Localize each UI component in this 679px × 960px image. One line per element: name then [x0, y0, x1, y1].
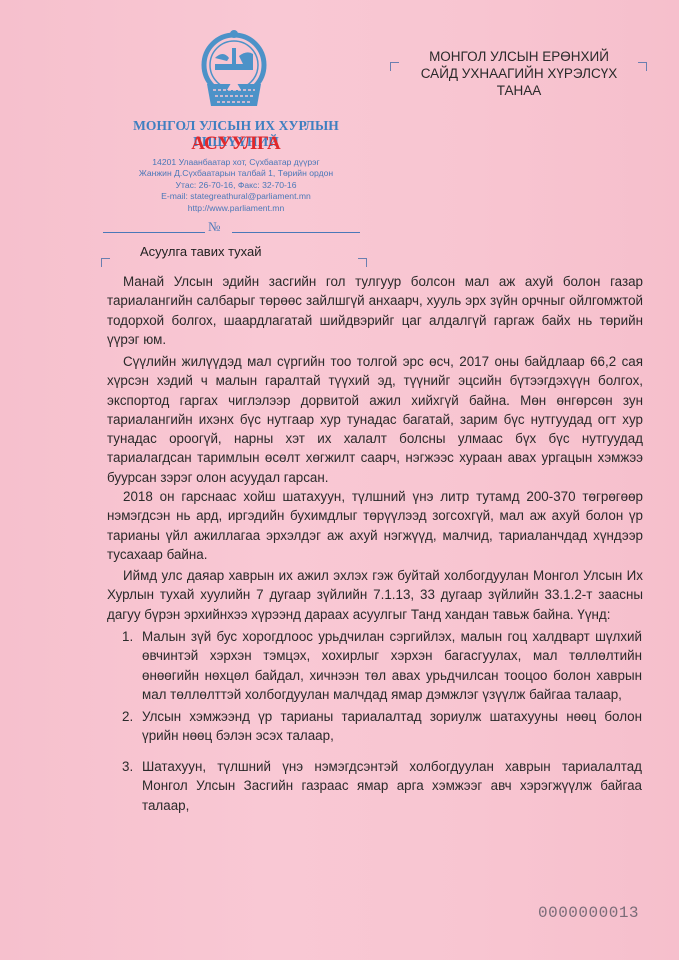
- question-text: Малын зүй бус хорогдлоос урьдчилан сэрги…: [142, 629, 642, 702]
- recipient-line: САЙД УХНААГИЙН ХҮРЭЛСҮХ: [404, 65, 634, 82]
- address-line: Жанжин Д.Сүхбаатарын талбай 1, Төрийн ор…: [96, 168, 376, 179]
- question-item-1: 1. Малын зүй бус хорогдлоос урьдчилан сэ…: [122, 627, 642, 704]
- question-number: 2.: [122, 707, 133, 726]
- question-item-3: 3. Шатахуун, түлшний үнэ нэмэгдсэнтэй хо…: [122, 757, 642, 815]
- website-line: http://www.parliament.mn: [96, 203, 376, 214]
- address-line: 14201 Улаанбаатар хот, Сүхбаатар дүүрэг: [96, 157, 376, 168]
- mongolia-state-emblem-icon: [193, 28, 275, 110]
- subject-corner-mark-right: [358, 258, 367, 267]
- letterhead-address: 14201 Улаанбаатар хот, Сүхбаатар дүүрэг …: [96, 157, 376, 214]
- body-paragraph-4: Иймд улс даяар хаврын их ажил эхлэх гэж …: [107, 566, 643, 624]
- recipient-line: ТАНАА: [404, 82, 634, 99]
- number-line: [232, 232, 360, 233]
- question-text: Улсын хэмжээнд үр тарианы тариалалтад зо…: [142, 709, 642, 743]
- subject-corner-mark-left: [101, 258, 110, 267]
- question-number: 3.: [122, 757, 133, 776]
- body-paragraph-2: Сүүлийн жилүүдэд мал сүргийн тоо толгой …: [107, 352, 643, 487]
- subject-line: Асуулга тавих тухай: [140, 244, 262, 259]
- phone-fax-line: Утас: 26-70-16, Факс: 32-70-16: [96, 180, 376, 191]
- recipient-line: МОНГОЛ УЛСЫН ЕРӨНХИЙ: [404, 48, 634, 65]
- date-line: [103, 232, 205, 233]
- address-corner-mark-left: [390, 62, 399, 71]
- question-number: 1.: [122, 627, 133, 646]
- document-type-title: АСУУЛГА: [96, 133, 376, 155]
- question-item-2: 2. Улсын хэмжээнд үр тарианы тариалалтад…: [122, 707, 642, 746]
- body-paragraph-3: 2018 он гарснаас хойш шатахуун, түлшний …: [107, 487, 643, 564]
- number-sign: №: [208, 219, 220, 235]
- body-paragraph-1: Манай Улсын эдийн засгийн гол тулгуур бо…: [107, 272, 643, 349]
- recipient-block: МОНГОЛ УЛСЫН ЕРӨНХИЙ САЙД УХНААГИЙН ХҮРЭ…: [404, 48, 634, 99]
- document-page: МОНГОЛ УЛСЫН ИХ ХУРЛЫН ГИШҮҮНИЙ АСУУЛГА …: [0, 0, 679, 960]
- address-corner-mark-right: [638, 62, 647, 71]
- serial-number: 0000000013: [538, 904, 639, 922]
- email-line: E-mail: stategreathural@parliament.mn: [96, 191, 376, 202]
- question-text: Шатахуун, түлшний үнэ нэмэгдсэнтэй холбо…: [142, 759, 642, 813]
